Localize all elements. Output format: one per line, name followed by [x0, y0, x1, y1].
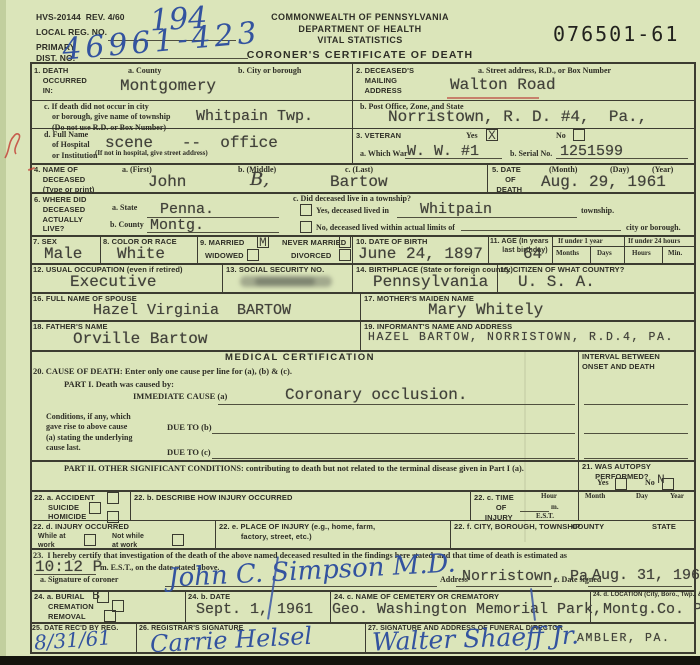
township-suffix-label: township. — [581, 206, 614, 216]
grid-line-v — [578, 350, 579, 520]
field-line — [456, 586, 552, 587]
box2-label: 2. DECEASED'S MAILING ADDRESS — [356, 66, 414, 95]
date-signed-value: Aug. 31, 1961 — [592, 567, 700, 584]
city-borough-suffix-label: city or borough. — [626, 223, 681, 233]
injury-state-label: STATE — [652, 522, 676, 532]
divorced-checkbox — [339, 249, 351, 261]
box9-married-label: 9. MARRIED — [200, 238, 244, 248]
veteran-no-label: No — [556, 131, 566, 141]
burial-label: 24. a. BURIAL — [34, 592, 84, 602]
grid-line-v — [552, 235, 553, 263]
not-while-at-work-label: Not while at work — [112, 532, 144, 550]
age-value: 64 — [523, 245, 542, 263]
cemetery-value: Geo. Washington Memorial Park, — [332, 601, 602, 618]
middle-initial-value: B, — [250, 169, 269, 190]
primary-dist-number-handwritten: 46961-423 — [61, 15, 262, 67]
grid-line-v — [352, 235, 353, 292]
part2-label: PART II. OTHER SIGNIFICANT CONDITIONS: c… — [64, 464, 524, 475]
grid-line-v — [222, 263, 223, 292]
time-of-injury-label: 22. c. TIME OF INJURY — [474, 493, 514, 522]
red-margin-mark — [2, 124, 26, 164]
under-24-hours-label: If under 24 hours — [628, 237, 680, 246]
cemetery-location-label: 24. d. LOCATION (City, Boro., Twp., & Co… — [593, 592, 700, 600]
occupation-value: Executive — [70, 273, 156, 291]
injury-day-label: Day — [636, 492, 648, 501]
state-label: a. State — [112, 203, 137, 213]
grid-line-v — [662, 246, 663, 263]
father-value: Orville Bartow — [73, 330, 207, 348]
grid-line-h — [30, 320, 696, 322]
removal-checkbox — [104, 610, 116, 622]
injury-year-label: Year — [670, 492, 684, 501]
lived-township-no-checkbox — [300, 221, 312, 233]
autopsy-yes-label: Yes — [597, 478, 609, 488]
injury-city-label: 22. f. CITY, BOROUGH, TOWNSHIP — [454, 522, 580, 532]
burial-mark: B — [92, 588, 100, 603]
lived-township-no-label: No, deceased lived within actual limits … — [316, 223, 455, 233]
certificate-title: CORONER'S CERTIFICATE OF DEATH — [247, 49, 474, 63]
sex-value: Male — [44, 245, 82, 263]
veteran-yes-label: Yes — [466, 131, 478, 141]
divorced-label: DIVORCED — [291, 251, 331, 261]
field-line — [584, 458, 688, 459]
informant-value: HAZEL BARTOW, NORRISTOWN, R.D.4, PA. — [368, 331, 674, 344]
street-address-value: Walton Road — [450, 76, 556, 94]
coroner-address-value: Norristown, Pa. — [462, 568, 597, 585]
accident-label: 22. a. ACCIDENT — [34, 493, 95, 503]
lived-township-yes-label: Yes, deceased lived in — [316, 206, 389, 216]
field-line — [584, 433, 688, 434]
field-line — [588, 586, 692, 587]
grid-line-h — [30, 652, 696, 654]
field-line — [218, 404, 575, 405]
race-value: White — [117, 245, 165, 263]
field-line — [212, 458, 575, 459]
widowed-label: WIDOWED — [205, 251, 244, 261]
funeral-director-address: AMBLER, PA. — [577, 632, 671, 645]
lived-township-value: Whitpain — [420, 201, 492, 218]
describe-injury-label: 22. b. DESCRIBE HOW INJURY OCCURRED — [134, 493, 293, 503]
grid-line-v — [470, 490, 471, 520]
date-received-value: 8/31/61 — [33, 625, 112, 654]
serial-no-value: 1251599 — [560, 143, 623, 160]
box4-name-label: 4. NAME OF DECEASED (Type or print) — [34, 165, 95, 194]
immediate-cause-value: Coronary occlusion. — [285, 386, 467, 404]
due-to-c-label: DUE TO (c) — [167, 447, 211, 458]
which-war-value: W. W. #1 — [407, 143, 479, 160]
under-1-year-label: If under 1 year — [558, 237, 603, 246]
commonwealth-line: COMMONWEALTH OF PENNSYLVANIA — [271, 12, 449, 24]
birthplace-value: Pennsylvania — [373, 273, 488, 291]
veteran-yes-mark: X — [488, 128, 496, 143]
injury-hour-label: Hour — [541, 492, 557, 501]
grid-line-v — [136, 622, 137, 652]
red-pen-underline — [447, 97, 539, 99]
grid-line-h — [30, 622, 696, 624]
date-of-birth-value: June 24, 1897 — [358, 245, 483, 263]
removal-label: REMOVAL — [48, 612, 86, 622]
grid-line-v — [100, 235, 101, 263]
injury-county-label: COUNTY — [572, 522, 604, 532]
field-line — [461, 230, 621, 231]
grid-line-v — [624, 235, 625, 263]
box1-label: 1. DEATH OCCURRED IN: — [34, 66, 87, 95]
time-of-death-value: 10:12 P — [35, 558, 102, 576]
grid-line-v — [487, 163, 488, 192]
autopsy-yes-checkbox — [615, 478, 627, 490]
suicide-checkbox — [89, 502, 101, 514]
ssn-redaction-smudge-inner — [255, 278, 315, 285]
which-war-label: a. Which War — [360, 149, 408, 159]
paper-crease — [524, 352, 526, 542]
postoffice-value: Norristown, R. D. #4, Pa., — [388, 108, 647, 126]
grid-line-h — [552, 246, 694, 247]
grid-line-v — [365, 622, 366, 652]
field-line — [584, 404, 688, 405]
widowed-checkbox — [247, 249, 259, 261]
grid-line-v — [694, 62, 696, 654]
residence-county-value: Montg. — [150, 217, 204, 234]
department-line: DEPARTMENT OF HEALTH — [298, 24, 421, 36]
injury-est-label: E.S.T. — [536, 512, 554, 521]
field-line — [212, 433, 575, 434]
injury-month-label: Month — [585, 492, 605, 501]
autopsy-no-label: No — [645, 478, 655, 488]
part1-label: PART I. Death was caused by: — [64, 379, 174, 390]
box1a-county-label: a. County — [128, 66, 161, 76]
county-label: b. County — [110, 220, 144, 230]
death-certificate-document: HVS-20144 REV. 4/60 LOCAL REG. NO. 194 P… — [0, 0, 700, 665]
cemetery-location-value: Montg.Co. Pa. — [603, 601, 700, 618]
state-value: Penna. — [160, 201, 214, 218]
mother-maiden-value: Mary Whitely — [428, 301, 543, 319]
form-number: HVS-20144 REV. 4/60 — [36, 12, 125, 23]
box2a-street-label: a. Street address, R.D., or Box Number — [478, 66, 611, 76]
box1c-township-label: c. If death did not occur in city or bor… — [44, 102, 170, 133]
injury-occurred-label: 22. d. INJURY OCCURRED — [33, 522, 129, 532]
grid-line-v — [185, 590, 186, 622]
hours-label: Hours — [632, 249, 651, 258]
county-value: Montgomery — [120, 77, 216, 95]
grid-line-v — [352, 62, 353, 163]
box6-residence-label: 6. WHERE DID DECEASED ACTUALLY LIVE? — [34, 195, 86, 234]
township-value: Whitpain Twp. — [196, 108, 313, 125]
never-married-checkbox — [339, 236, 351, 248]
not-while-at-work-checkbox — [172, 534, 184, 546]
interval-label: INTERVAL BETWEEN ONSET AND DEATH — [582, 352, 660, 372]
conditions-label: Conditions, if any, which gave rise to a… — [46, 412, 132, 454]
box20-cause-label: 20. CAUSE OF DEATH: Enter only one cause… — [33, 366, 292, 377]
box1b-city-label: b. City or borough — [238, 66, 301, 76]
vital-statistics-line: VITAL STATISTICS — [317, 35, 402, 47]
first-name-value: John — [148, 173, 186, 191]
place-of-injury-label: 22. e. PLACE OF INJURY (e.g., home, farm… — [219, 522, 375, 542]
due-to-b-label: DUE TO (b) — [167, 422, 212, 433]
grid-line-v — [130, 490, 131, 520]
never-married-label: NEVER MARRIED — [282, 238, 346, 248]
cremation-label: CREMATION — [48, 602, 94, 612]
immediate-cause-label: IMMEDIATE CAUSE (a) — [133, 391, 227, 402]
injury-m-label: m. — [551, 503, 559, 512]
homicide-label: HOMICIDE — [48, 512, 86, 522]
box3-veteran-label: 3. VETERAN — [356, 131, 401, 141]
grid-line-v — [215, 520, 216, 548]
date-of-death-value: Aug. 29, 1961 — [541, 173, 666, 191]
citizen-value: U. S. A. — [518, 273, 595, 291]
married-mark: M — [259, 235, 267, 250]
while-at-work-label: While at work — [38, 532, 66, 550]
days-label: Days — [597, 249, 612, 258]
serial-no-label: b. Serial No. — [510, 149, 552, 159]
while-at-work-checkbox — [84, 534, 96, 546]
months-label: Months — [556, 249, 579, 258]
spouse-value: Hazel Virginia BARTOW — [93, 302, 291, 319]
scan-edge-shadow — [0, 656, 700, 665]
autopsy-no-mark: N — [657, 472, 665, 487]
lived-in-township-question: c. Did deceased live in a township? — [293, 194, 411, 204]
coroner-signature-label: a. Signature of coroner — [40, 575, 118, 585]
box1d-hospital-label: d. Full Name of Hospital or Institution — [44, 130, 97, 161]
grid-line-v — [360, 292, 361, 350]
grid-line-v — [450, 520, 451, 548]
lived-township-yes-checkbox — [300, 204, 312, 216]
veteran-no-checkbox — [573, 129, 585, 141]
grid-line-v — [590, 246, 591, 263]
box13-ssn-label: 13. SOCIAL SECURITY NO. — [226, 265, 324, 275]
min-label: Min. — [668, 249, 682, 258]
accident-checkbox — [107, 492, 119, 504]
last-name-value: Bartow — [330, 173, 388, 191]
burial-date-value: Sept. 1, 1961 — [196, 601, 313, 618]
grid-line-v — [30, 62, 32, 654]
box5-date-of-death-label: 5. DATE OF DEATH — [492, 165, 522, 194]
certificate-number-stamp: 076501-61 — [553, 22, 679, 46]
hospital-value: scene -- office — [105, 134, 278, 152]
grid-line-v — [197, 235, 198, 263]
medical-certification-title: MEDICAL CERTIFICATION — [225, 352, 375, 364]
